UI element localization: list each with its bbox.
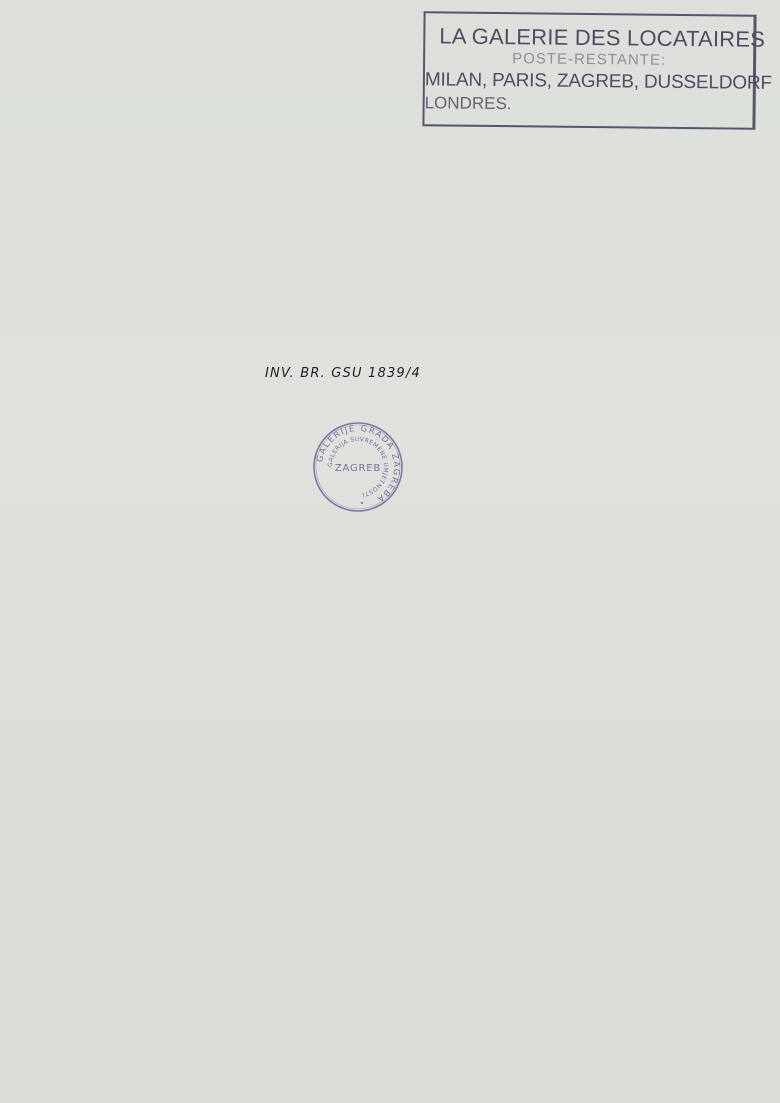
stamp-cities-cont: LONDRES. xyxy=(425,93,512,114)
svg-text:ZAGREB: ZAGREB xyxy=(335,463,381,474)
gallery-address-stamp: LA GALERIE DES LOCATAIRES POSTE-RESTANTE… xyxy=(422,11,756,129)
inventory-number: INV. BR. GSU 1839/4 xyxy=(265,366,421,381)
stamp-cities: MILAN, PARIS, ZAGREB, DUSSELDORF xyxy=(425,69,755,94)
stamp-gallery-name: LA GALERIE DES LOCATAIRES xyxy=(439,23,749,52)
stamp-poste-restante: POSTE-RESTANTE: xyxy=(425,49,753,69)
museum-round-stamp: GALERIJE GRADA ZAGREBA GALERIJA SUVREMEN… xyxy=(312,421,404,513)
paper-sheet: LA GALERIE DES LOCATAIRES POSTE-RESTANTE… xyxy=(0,0,780,1103)
round-stamp-seal-icon: GALERIJE GRADA ZAGREBA GALERIJA SUVREMEN… xyxy=(312,421,404,513)
